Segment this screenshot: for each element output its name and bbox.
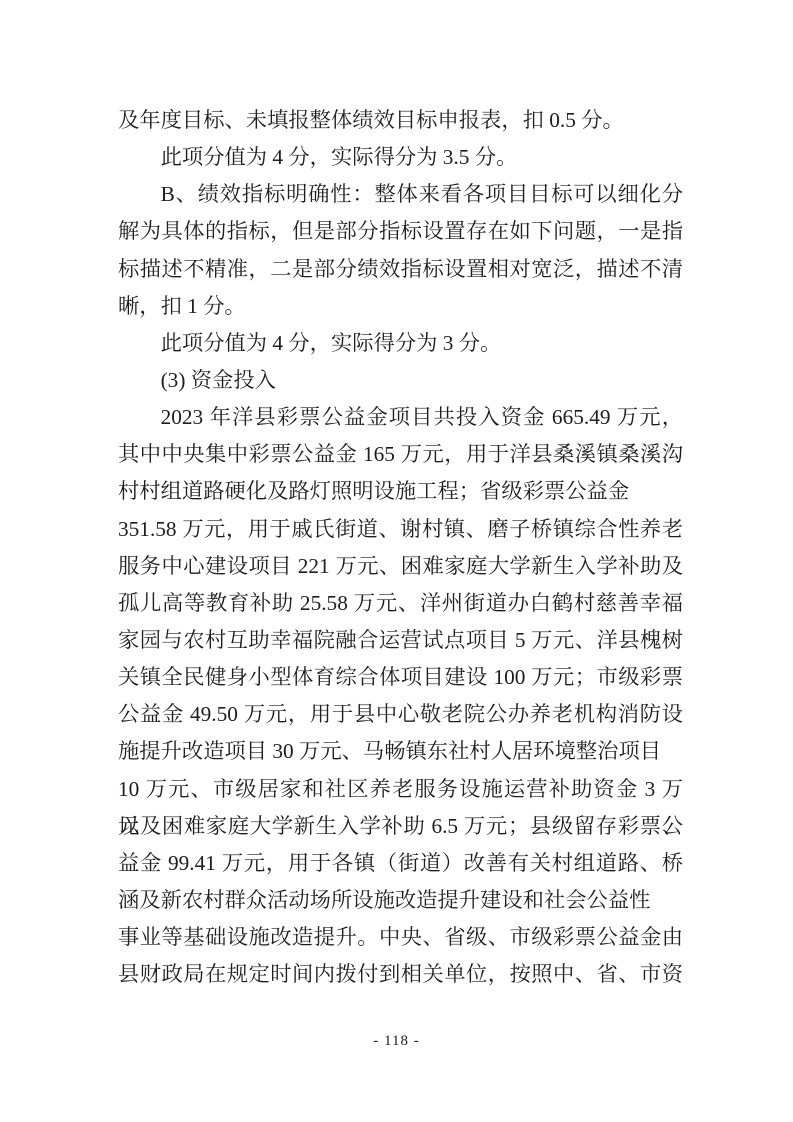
text-line: 村村组道路硬化及路灯照明设施工程；省级彩票公益金 [118,473,683,510]
document-page: 及年度目标、未填报整体绩效目标申报表，扣 0.5 分。 此项分值为 4 分，实际… [0,0,793,1122]
text-line: 2023 年洋县彩票公益金项目共投入资金 665.49 万元， [118,399,683,436]
document-body: 及年度目标、未填报整体绩效目标申报表，扣 0.5 分。 此项分值为 4 分，实际… [118,102,683,993]
text-line: 县财政局在规定时间内拨付到相关单位，按照中、省、市资 [118,956,683,993]
section-heading: (3) 资金投入 [118,362,683,399]
text-line: 及年度目标、未填报整体绩效目标申报表，扣 0.5 分。 [118,102,683,139]
text-line: 施提升改造项目 30 万元、马畅镇东社村人居环境整治项目 [118,733,683,770]
page-number: - 118 - [0,1033,793,1050]
text-line: 以及困难家庭大学新生入学补助 6.5 万元；县级留存彩票公 [118,808,683,845]
text-line: 标描述不精准，二是部分绩效指标设置相对宽泛，描述不清 [118,251,683,288]
text-line: 涵及新农村群众活动场所设施改造提升建设和社会公益性 [118,882,683,919]
text-line: 服务中心建设项目 221 万元、困难家庭大学新生入学补助及 [118,548,683,585]
text-line: 家园与农村互助幸福院融合运营试点项目 5 万元、洋县槐树 [118,622,683,659]
text-line: 351.58 万元，用于戚氏街道、谢村镇、磨子桥镇综合性养老 [118,511,683,548]
text-line: 孤儿高等教育补助 25.58 万元、洋州街道办白鹤村慈善幸福 [118,585,683,622]
text-line: 益金 99.41 万元，用于各镇（街道）改善有关村组道路、桥 [118,845,683,882]
text-line: 晰，扣 1 分。 [118,288,683,325]
text-line: 其中中央集中彩票公益金 165 万元，用于洋县桑溪镇桑溪沟 [118,436,683,473]
text-line: 10 万元、市级居家和社区养老服务设施运营补助资金 3 万元、 [118,771,683,808]
text-line: 此项分值为 4 分，实际得分为 3 分。 [118,325,683,362]
text-line: 此项分值为 4 分，实际得分为 3.5 分。 [118,139,683,176]
text-line: 解为具体的指标，但是部分指标设置存在如下问题，一是指 [118,213,683,250]
text-line: 公益金 49.50 万元，用于县中心敬老院公办养老机构消防设 [118,696,683,733]
text-line: 事业等基础设施改造提升。中央、省级、市级彩票公益金由 [118,919,683,956]
text-line: B、绩效指标明确性：整体来看各项目目标可以细化分 [118,176,683,213]
text-line: 关镇全民健身小型体育综合体项目建设 100 万元；市级彩票 [118,659,683,696]
